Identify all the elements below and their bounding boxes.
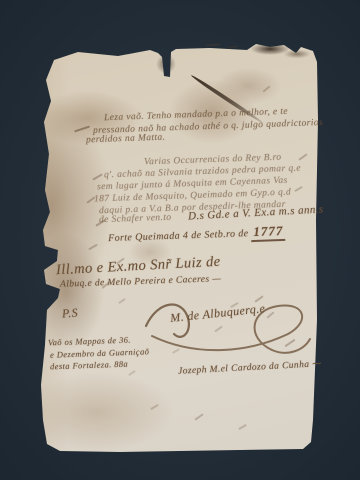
year-1777: 1777 — [251, 223, 286, 242]
ink-speck — [228, 45, 238, 48]
manuscript-photo: Leza vaõ. Tenho mandado p.a o melhor, e … — [0, 0, 360, 480]
postscript-label: P.S — [61, 305, 78, 321]
ink-speck — [206, 43, 220, 46]
